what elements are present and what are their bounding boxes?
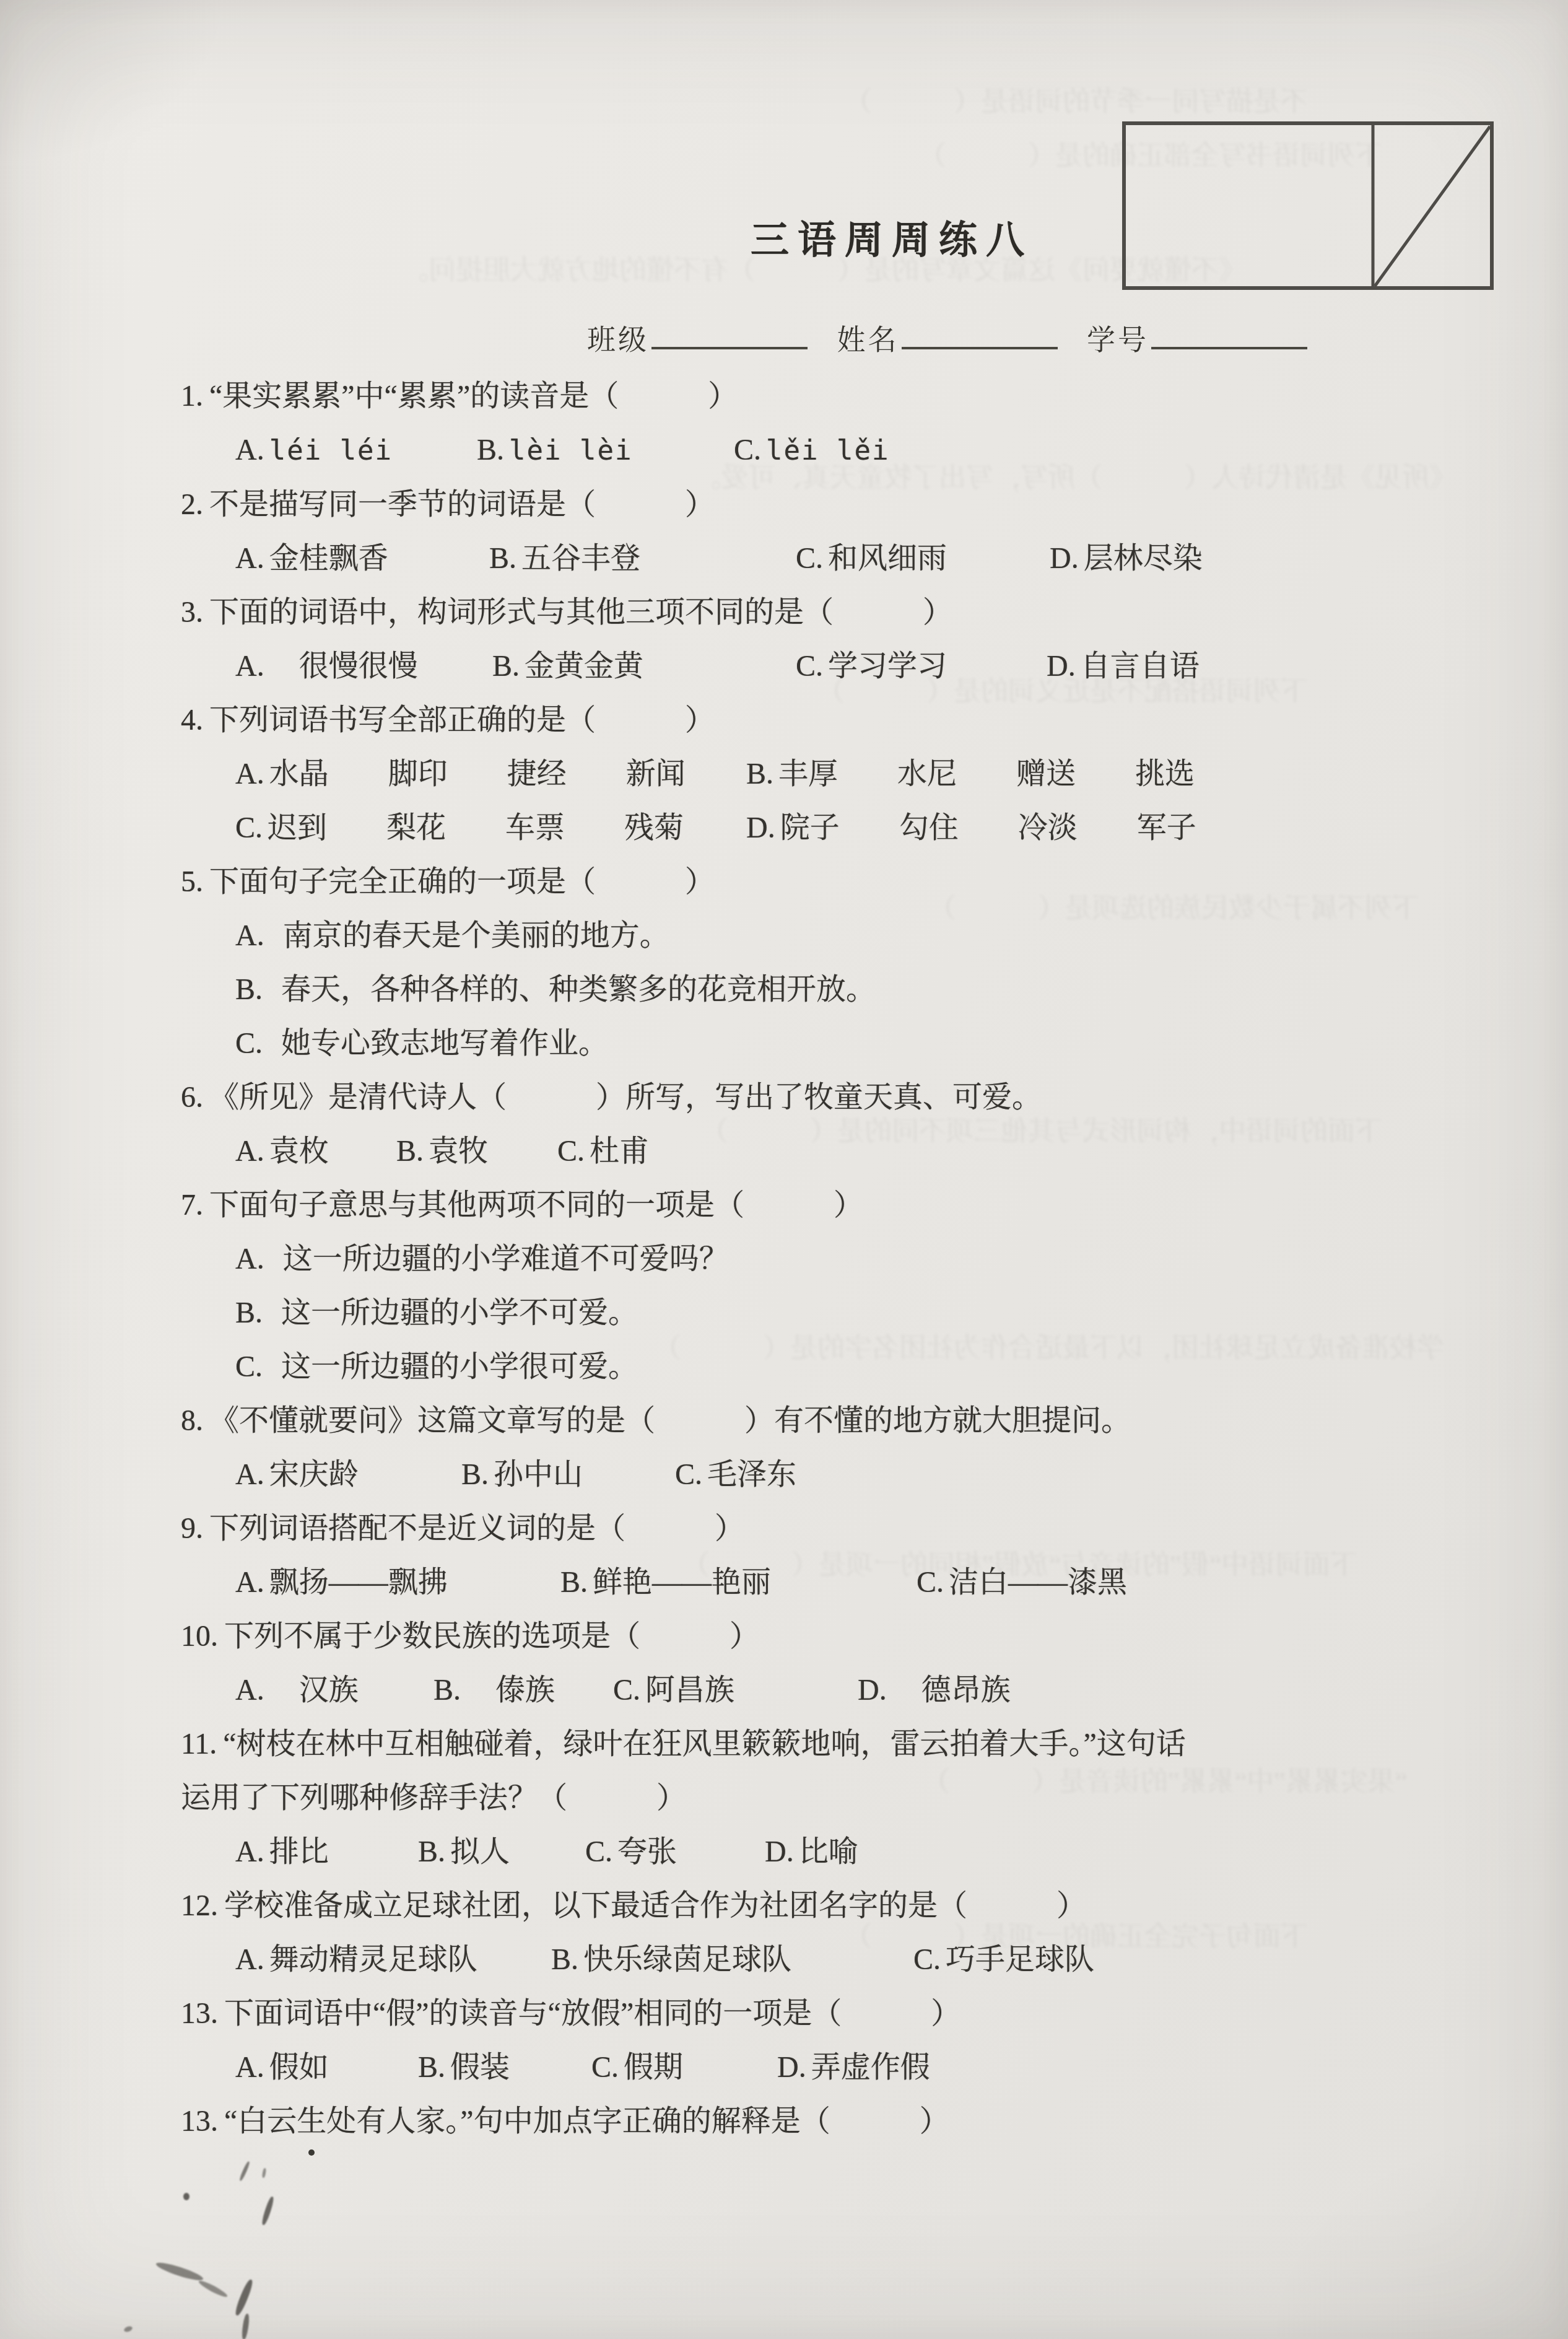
question-number: 2. xyxy=(181,488,203,521)
question-text-content: 运用了下列哪种修辞手法？（ ） xyxy=(181,1782,686,1814)
question-text: 13.下面词语中“假”的读音与“放假”相同的一项是（ ） xyxy=(181,1987,1418,2040)
option-text: 毛泽东 xyxy=(707,1458,796,1491)
option-label: B. xyxy=(418,1835,445,1868)
name-label: 姓名 xyxy=(837,324,899,356)
option-text: 汉族 xyxy=(269,1674,359,1707)
question-text-content: 学校准备成立足球社团，以下最适合作为社团名字的是（ ） xyxy=(224,1889,1086,1922)
scanned-exam-page: 不是描写同一季节的词语是（ ） 下列词语书写全部正确的是（ ） 《不懂就要问》这… xyxy=(0,0,1568,2339)
option-row: A.排比B.拟人C.夸张D.比喻 xyxy=(181,1825,1418,1879)
option-row: A.宋庆龄B.孙中山C.毛泽东 xyxy=(181,1448,1418,1502)
option-text: 假如 xyxy=(269,2051,329,2084)
option-label: A. xyxy=(235,434,264,466)
option-label: A. xyxy=(235,1835,264,1868)
option: A.水晶 脚印 捷经 新闻 xyxy=(235,747,746,801)
option-row: C.她专心致志地写着作业。 xyxy=(181,1016,1418,1070)
option-label: C. xyxy=(235,1350,263,1383)
option-text: 和风细雨 xyxy=(828,542,947,575)
option: B.袁牧 xyxy=(396,1124,557,1178)
question-text-content: 下面的词语中，构词形式与其他三项不同的是（ ） xyxy=(209,596,952,629)
option-label: B. xyxy=(235,1296,263,1329)
option: B.丰厚 水尼 赠送 挑选 xyxy=(746,747,1418,801)
option-label: A. xyxy=(235,650,264,683)
option-text: 假期 xyxy=(624,2051,683,2084)
option: A.金桂飘香 xyxy=(235,531,489,585)
option: B.假装 xyxy=(418,2040,591,2094)
option-label: C. xyxy=(591,2051,619,2084)
option-label: A. xyxy=(235,1135,264,1168)
question-number: 4. xyxy=(181,704,203,737)
option-text: 夸张 xyxy=(617,1835,677,1868)
option: C.毛泽东 xyxy=(675,1448,1418,1502)
question-number: 8. xyxy=(181,1404,203,1437)
option-text: 金黄金黄 xyxy=(525,650,643,683)
option-text: 层林尽染 xyxy=(1084,542,1203,575)
option-text: 袁枚 xyxy=(269,1135,329,1168)
option-text: 五谷丰登 xyxy=(521,542,640,575)
option-label: B. xyxy=(489,542,516,575)
option-text: 金桂飘香 xyxy=(269,542,388,575)
option-label: A. xyxy=(235,1458,264,1491)
question-text: 13.“白云生处有人家。”句中加点字正确的解释是（ ） xyxy=(181,2094,1418,2148)
option-label: B. xyxy=(235,973,263,1006)
option: C.迟到 梨花 车票 残菊 xyxy=(235,801,746,855)
option: B.五谷丰登 xyxy=(489,531,796,585)
option-label: C. xyxy=(796,650,823,683)
option-row: A.这一所边疆的小学难道不可爱吗？ xyxy=(181,1232,1418,1286)
question-text-content: 下列词语搭配不是近义词的是（ ） xyxy=(209,1512,744,1545)
option-text: 傣族 xyxy=(466,1674,555,1707)
question-text: 3.下面的词语中，构词形式与其他三项不同的是（ ） xyxy=(181,585,1418,639)
option: C.阿昌族 xyxy=(613,1663,858,1717)
option: A.飘扬——飘拂 xyxy=(235,1555,560,1609)
option-label: B. xyxy=(492,650,520,683)
question-number: 9. xyxy=(181,1512,203,1545)
option-text: 快乐绿茵足球队 xyxy=(583,1943,791,1976)
student-info-line: 班级 姓名 学号 xyxy=(587,317,1330,358)
option: B.拟人 xyxy=(418,1825,585,1879)
option: C.学习学习 xyxy=(796,639,1047,693)
option: D.层林尽染 xyxy=(1050,531,1418,585)
option: C.巧手足球队 xyxy=(913,1933,1418,1987)
ink-smudge xyxy=(183,2193,189,2200)
option-text: 洁白——漆黑 xyxy=(949,1566,1127,1599)
option-text: 水晶 脚印 捷经 新闻 xyxy=(269,758,686,790)
class-blank-line xyxy=(651,318,808,349)
question-text: 7.下面句子意思与其他两项不同的一项是（ ） xyxy=(181,1178,1418,1232)
option-label: B. xyxy=(433,1674,461,1707)
option-label: D. xyxy=(1047,650,1076,683)
option-text: 春天，各种各样的、种类繁多的花竞相开放。 xyxy=(281,973,876,1006)
option-label: B. xyxy=(418,2051,445,2084)
option: C.夸张 xyxy=(585,1825,765,1879)
option-label: C. xyxy=(235,811,263,844)
option-row: A.飘扬——飘拂B.鲜艳——艳丽C.洁白——漆黑 xyxy=(181,1555,1418,1609)
question-text: 11.“树枝在林中互相触碰着，绿叶在狂风里簌簌地响，雷云拍着大手。”这句话 xyxy=(181,1717,1418,1771)
option-label: D. xyxy=(777,2051,806,2084)
option-label: B. xyxy=(746,758,773,790)
option-label: A. xyxy=(235,542,264,575)
question-text-content: “果实累累”中“累累”的读音是（ ） xyxy=(209,380,738,413)
question-text-part: 处有人家。”句中加点字正确的解释是（ ） xyxy=(326,2105,949,2138)
question-text: 1.“果实累累”中“累累”的读音是（ ） xyxy=(181,369,1418,423)
option-label: B. xyxy=(477,434,504,466)
question-text: 12.学校准备成立足球社团，以下最适合作为社团名字的是（ ） xyxy=(181,1879,1418,1933)
option-text: 拟人 xyxy=(450,1835,510,1868)
question-text-content: 《不懂就要问》这篇文章写的是（ ）有不懂的地方就大胆提问。 xyxy=(209,1404,1131,1437)
option: C.这一所边疆的小学很可爱。 xyxy=(235,1340,638,1394)
question-text: 8.《不懂就要问》这篇文章写的是（ ）有不懂的地方就大胆提问。 xyxy=(181,1394,1418,1448)
option-label: D. xyxy=(746,811,775,844)
option-text: 飘扬——飘拂 xyxy=(269,1566,448,1599)
option: C.和风细雨 xyxy=(796,531,1050,585)
option-text: léi léi xyxy=(269,435,393,466)
option: C.她专心致志地写着作业。 xyxy=(235,1016,608,1070)
option-label: A. xyxy=(235,919,264,952)
option-row: A.舞动精灵足球队B.快乐绿茵足球队C.巧手足球队 xyxy=(181,1933,1418,1987)
question-number: 10. xyxy=(181,1620,218,1653)
option-label: A. xyxy=(235,1674,264,1707)
student-number-field: 学号 xyxy=(1087,324,1307,356)
class-field: 班级 xyxy=(587,324,815,356)
option-row: A.léi léiB.lèi lèiC.lěi lěi xyxy=(181,423,1418,478)
class-label: 班级 xyxy=(587,324,649,356)
option-text: 南京的春天是个美丽的地方。 xyxy=(283,919,669,952)
option-label: A. xyxy=(235,1943,264,1976)
question-number: 3. xyxy=(181,596,203,629)
option: B.鲜艳——艳丽 xyxy=(560,1555,917,1609)
option-row: A.金桂飘香B.五谷丰登C.和风细雨D.层林尽染 xyxy=(181,531,1418,585)
option-text: 这一所边疆的小学难道不可爱吗？ xyxy=(283,1243,729,1275)
option-label: C. xyxy=(917,1566,944,1599)
option-text: 自言自语 xyxy=(1081,650,1200,683)
option-text: 弄虚作假 xyxy=(811,2051,930,2084)
page-title: 三语周周练八 xyxy=(751,209,1033,265)
option: B. 傣族 xyxy=(433,1663,613,1717)
option-text: 假装 xyxy=(450,2051,510,2084)
option-label: A. xyxy=(235,1566,264,1599)
option: B.快乐绿茵足球队 xyxy=(551,1933,913,1987)
option-row: B.春天，各种各样的、种类繁多的花竞相开放。 xyxy=(181,963,1418,1016)
option-label: A. xyxy=(235,1243,264,1275)
score-box-drawing xyxy=(1122,121,1494,290)
option-label: C. xyxy=(557,1135,585,1168)
option-row: A.南京的春天是个美丽的地方。 xyxy=(181,909,1418,963)
option-text: 德昂族 xyxy=(892,1674,1011,1707)
option-label: B. xyxy=(396,1135,424,1168)
option-row: C.这一所边疆的小学很可爱。 xyxy=(181,1340,1418,1394)
option-text: 学习学习 xyxy=(828,650,947,683)
option-text: 比喻 xyxy=(799,1835,858,1868)
option-label: B. xyxy=(551,1943,578,1976)
option: A. 很慢很慢 xyxy=(235,639,492,693)
question-text-content: 下面句子意思与其他两项不同的一项是（ ） xyxy=(209,1189,863,1222)
question-text-content: 《所见》是清代诗人（ ）所写，写出了牧童天真、可爱。 xyxy=(209,1081,1042,1114)
option-text: 孙中山 xyxy=(494,1458,583,1491)
question-text-part: “白云 xyxy=(224,2105,297,2138)
questions: 1.“果实累累”中“累累”的读音是（ ）A.léi léiB.lèi lèiC.… xyxy=(181,369,1418,2148)
option-row: A.水晶 脚印 捷经 新闻B.丰厚 水尼 赠送 挑选 xyxy=(181,747,1418,801)
option: B.春天，各种各样的、种类繁多的花竞相开放。 xyxy=(235,963,876,1016)
question-text-content: 不是描写同一季节的词语是（ ） xyxy=(209,488,715,521)
option: A.假如 xyxy=(235,2040,418,2094)
question-number: 13. xyxy=(181,2105,218,2138)
dotted-character: 生 xyxy=(297,2094,326,2148)
question-text: 运用了下列哪种修辞手法？（ ） xyxy=(181,1771,1418,1825)
option-label: A. xyxy=(235,758,264,790)
option: C.假期 xyxy=(591,2040,777,2094)
option: B.lèi lèi xyxy=(477,423,734,478)
name-blank-line xyxy=(902,318,1058,349)
question-text: 10.下列不属于少数民族的选项是（ ） xyxy=(181,1609,1418,1663)
question-text: 2.不是描写同一季节的词语是（ ） xyxy=(181,478,1418,531)
option-row: A.假如B.假装C.假期D.弄虚作假 xyxy=(181,2040,1418,2094)
question-number: 7. xyxy=(181,1189,203,1222)
option: C.lěi lěi xyxy=(734,423,1418,478)
option: A.排比 xyxy=(235,1825,418,1879)
question-number: 11. xyxy=(181,1728,217,1760)
question-text-content: “树枝在林中互相触碰着，绿叶在狂风里簌簌地响，雷云拍着大手。”这句话 xyxy=(223,1728,1186,1760)
option-text: 这一所边疆的小学很可爱。 xyxy=(281,1350,638,1383)
option-label: C. xyxy=(796,542,823,575)
option-label: C. xyxy=(235,1027,263,1060)
option-text: 她专心致志地写着作业。 xyxy=(281,1027,608,1060)
option: B.金黄金黄 xyxy=(492,639,796,693)
option-label: C. xyxy=(585,1835,612,1868)
bleedthrough-text: 不是描写同一季节的词语是（ ） xyxy=(845,79,1308,119)
option: A. 汉族 xyxy=(235,1663,433,1717)
option: A.这一所边疆的小学难道不可爱吗？ xyxy=(235,1232,729,1286)
question-text-content: 下列不属于少数民族的选项是（ ） xyxy=(224,1620,759,1653)
option-row: A. 很慢很慢B.金黄金黄C.学习学习D.自言自语 xyxy=(181,639,1418,693)
option-label: B. xyxy=(461,1458,489,1491)
option-text: 排比 xyxy=(269,1835,329,1868)
option: D.比喻 xyxy=(765,1825,1418,1879)
option: A.宋庆龄 xyxy=(235,1448,461,1502)
option: A.南京的春天是个美丽的地方。 xyxy=(235,909,669,963)
option: B.这一所边疆的小学不可爱。 xyxy=(235,1286,638,1340)
question-text: 4.下列词语书写全部正确的是（ ） xyxy=(181,693,1418,747)
question-text: 5.下面句子完全正确的一项是（ ） xyxy=(181,855,1418,909)
option-text: 迟到 梨花 车票 残菊 xyxy=(268,811,684,844)
option-label: D. xyxy=(765,1835,794,1868)
option-text: 袁牧 xyxy=(429,1135,488,1168)
option-label: C. xyxy=(734,434,761,466)
question-text: 9.下列词语搭配不是近义词的是（ ） xyxy=(181,1502,1418,1555)
option-row: A.袁枚B.袁牧C.杜甫 xyxy=(181,1124,1418,1178)
question-number: 6. xyxy=(181,1081,203,1114)
option: A.袁枚 xyxy=(235,1124,396,1178)
option-label: A. xyxy=(235,2051,264,2084)
option-row: A. 汉族B. 傣族C.阿昌族D. 德昂族 xyxy=(181,1663,1418,1717)
question-text: 6.《所见》是清代诗人（ ）所写，写出了牧童天真、可爱。 xyxy=(181,1070,1418,1124)
option: D.弄虚作假 xyxy=(777,2040,1418,2094)
question-text-content: 下列词语书写全部正确的是（ ） xyxy=(209,704,715,737)
student-number-blank-line xyxy=(1151,318,1307,349)
option-text: 杜甫 xyxy=(590,1135,649,1168)
question-number: 1. xyxy=(181,380,203,413)
question-text-content: 下面句子完全正确的一项是（ ） xyxy=(209,865,715,898)
option-label: D. xyxy=(858,1674,887,1707)
option-row: B.这一所边疆的小学不可爱。 xyxy=(181,1286,1418,1340)
option: C.杜甫 xyxy=(557,1124,1418,1178)
option: D.院子 勾住 冷淡 军子 xyxy=(746,801,1418,855)
option-label: C. xyxy=(675,1458,702,1491)
option-label: C. xyxy=(613,1674,640,1707)
option-text: 宋庆龄 xyxy=(269,1458,359,1491)
option: A.léi léi xyxy=(235,423,477,478)
option-text: lèi lèi xyxy=(509,435,632,466)
option-text: 巧手足球队 xyxy=(946,1943,1094,1976)
option: B.孙中山 xyxy=(461,1448,675,1502)
option-text: lěi lěi xyxy=(766,435,889,466)
option-text: 鲜艳——艳丽 xyxy=(593,1566,771,1599)
option-text: 很慢很慢 xyxy=(269,650,418,683)
question-number: 12. xyxy=(181,1889,218,1922)
question-number: 5. xyxy=(181,865,203,898)
question-text-content: 下面词语中“假”的读音与“放假”相同的一项是（ ） xyxy=(224,1997,960,2030)
name-field: 姓名 xyxy=(837,324,1065,356)
option-label: B. xyxy=(560,1566,588,1599)
option: C.洁白——漆黑 xyxy=(917,1555,1418,1609)
option-row: C.迟到 梨花 车票 残菊D.院子 勾住 冷淡 军子 xyxy=(181,801,1418,855)
option-text: 丰厚 水尼 赠送 挑选 xyxy=(778,758,1195,790)
option-text: 阿昌族 xyxy=(645,1674,734,1707)
score-box xyxy=(1122,121,1494,290)
option-text: 院子 勾住 冷淡 军子 xyxy=(780,811,1196,844)
option: D. 德昂族 xyxy=(858,1663,1418,1717)
option-label: D. xyxy=(1050,542,1079,575)
option-text: 舞动精灵足球队 xyxy=(269,1943,477,1976)
option: D.自言自语 xyxy=(1047,639,1418,693)
question-number: 13. xyxy=(181,1997,218,2030)
option-label: C. xyxy=(913,1943,941,1976)
option: A.舞动精灵足球队 xyxy=(235,1933,551,1987)
student-number-label: 学号 xyxy=(1087,324,1149,356)
option-text: 这一所边疆的小学不可爱。 xyxy=(281,1296,638,1329)
